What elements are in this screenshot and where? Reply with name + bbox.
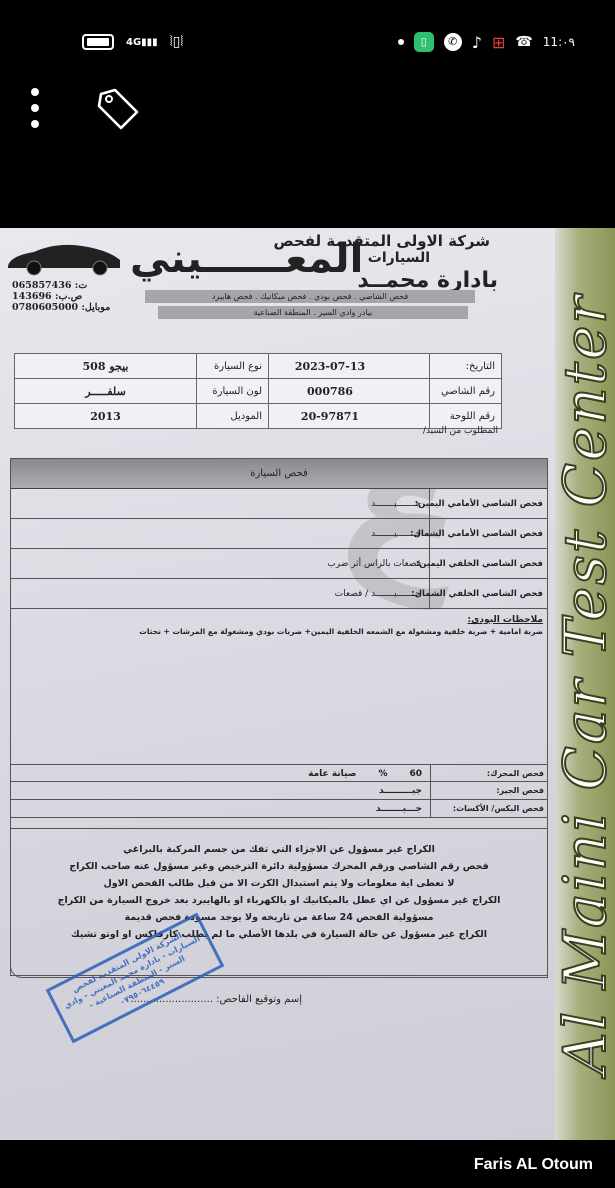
dot-icon (398, 39, 404, 45)
vibrate-icon: ⦚▯⦚ (170, 34, 184, 50)
battery-icon (82, 34, 114, 50)
exam-row: فحص الشاصي الأمامي الشمال:جـــــــيـــــ… (11, 519, 547, 549)
clock: 11:٠٩ (543, 35, 575, 49)
location-band: بيادر وادي السير . المنطقة الصناعية (158, 306, 468, 319)
company-name-line2: السيارات (368, 250, 430, 266)
car-logo-icon (4, 238, 124, 276)
caption-bar: Faris AL Otoum (0, 1140, 615, 1188)
missed-call-icon: ☎ (515, 34, 532, 50)
exam-title: فحص السيارة (11, 459, 547, 489)
mech-row: فحص البكس/ الأكسات:جـــيـــــــد (10, 800, 548, 818)
contact-info: ت: 065857436 ص.ب: 143696 موبايل: 0780605… (12, 280, 110, 313)
media-toolbar (0, 82, 615, 132)
body-notes: ملاحظات البودي: ضربة امامية + ضربة خلفية… (11, 609, 547, 642)
inspection-document: ع شركة الاولى المتقدمة لفحص السيارات باد… (0, 228, 560, 1140)
app-red-icon: ⊞ (492, 33, 505, 52)
whatsapp-icon: ✆ (444, 33, 462, 51)
car-model-year: 2013 (15, 404, 197, 429)
vehicle-details-table: نوع السيارةبيجو 508 لون السيارةسلفـــــر… (14, 353, 269, 429)
inspection-report-photo: Al Maini Car Test Center ع شركة الاولى ا… (0, 228, 615, 1140)
brand-title: المعــــــيني (130, 236, 363, 282)
mech-row: فحص المحرك:60%صيانة عامة (10, 764, 548, 782)
exam-row: فحص الشاصي الخلفي الشمال:جـــــــيــــــ… (11, 579, 547, 609)
mech-row: فحص الجير:جيـــــــــد (10, 782, 548, 800)
phone-screen: 4G▮▮▮ ⦚▯⦚ ▯ ✆ ♪ ⊞ ☎ 11:٠٩ Al Maini Car T… (0, 0, 615, 1188)
mechanical-exam: فحص المحرك:60%صيانة عامة فحص الجير:جيـــ… (10, 764, 548, 818)
services-band: فحص الشاصي . فحص بودي . فحص ميكانيك . فح… (145, 290, 475, 303)
car-type: بيجو 508 (15, 354, 197, 379)
author-name[interactable]: Faris AL Otoum (474, 1156, 593, 1174)
vehicle-id-table: التاريخ:2023-07-13 رقم الشاصي000786 رقم … (230, 353, 502, 429)
exam-row: فحص الشاصي الأمامي اليمين:جـــــــيـــــ… (11, 489, 547, 519)
tiktok-icon: ♪ (472, 33, 482, 52)
car-color: سلفـــــر (15, 379, 197, 404)
status-bar: 4G▮▮▮ ⦚▯⦚ ▯ ✆ ♪ ⊞ ☎ 11:٠٩ (0, 28, 615, 56)
requested-from: المطلوب من السيد/ (423, 426, 498, 436)
app-green-icon: ▯ (414, 32, 434, 52)
signal-icon: 4G▮▮▮ (126, 37, 158, 48)
tag-icon[interactable] (95, 86, 141, 136)
exam-row: فحص الشاصي الخلفي اليمين:قصعات بالراس أث… (11, 549, 547, 579)
terms-box: الكراج غير مسؤول عن الاجزاء التي تفك من … (10, 828, 548, 976)
kebab-menu-icon[interactable] (28, 88, 42, 128)
